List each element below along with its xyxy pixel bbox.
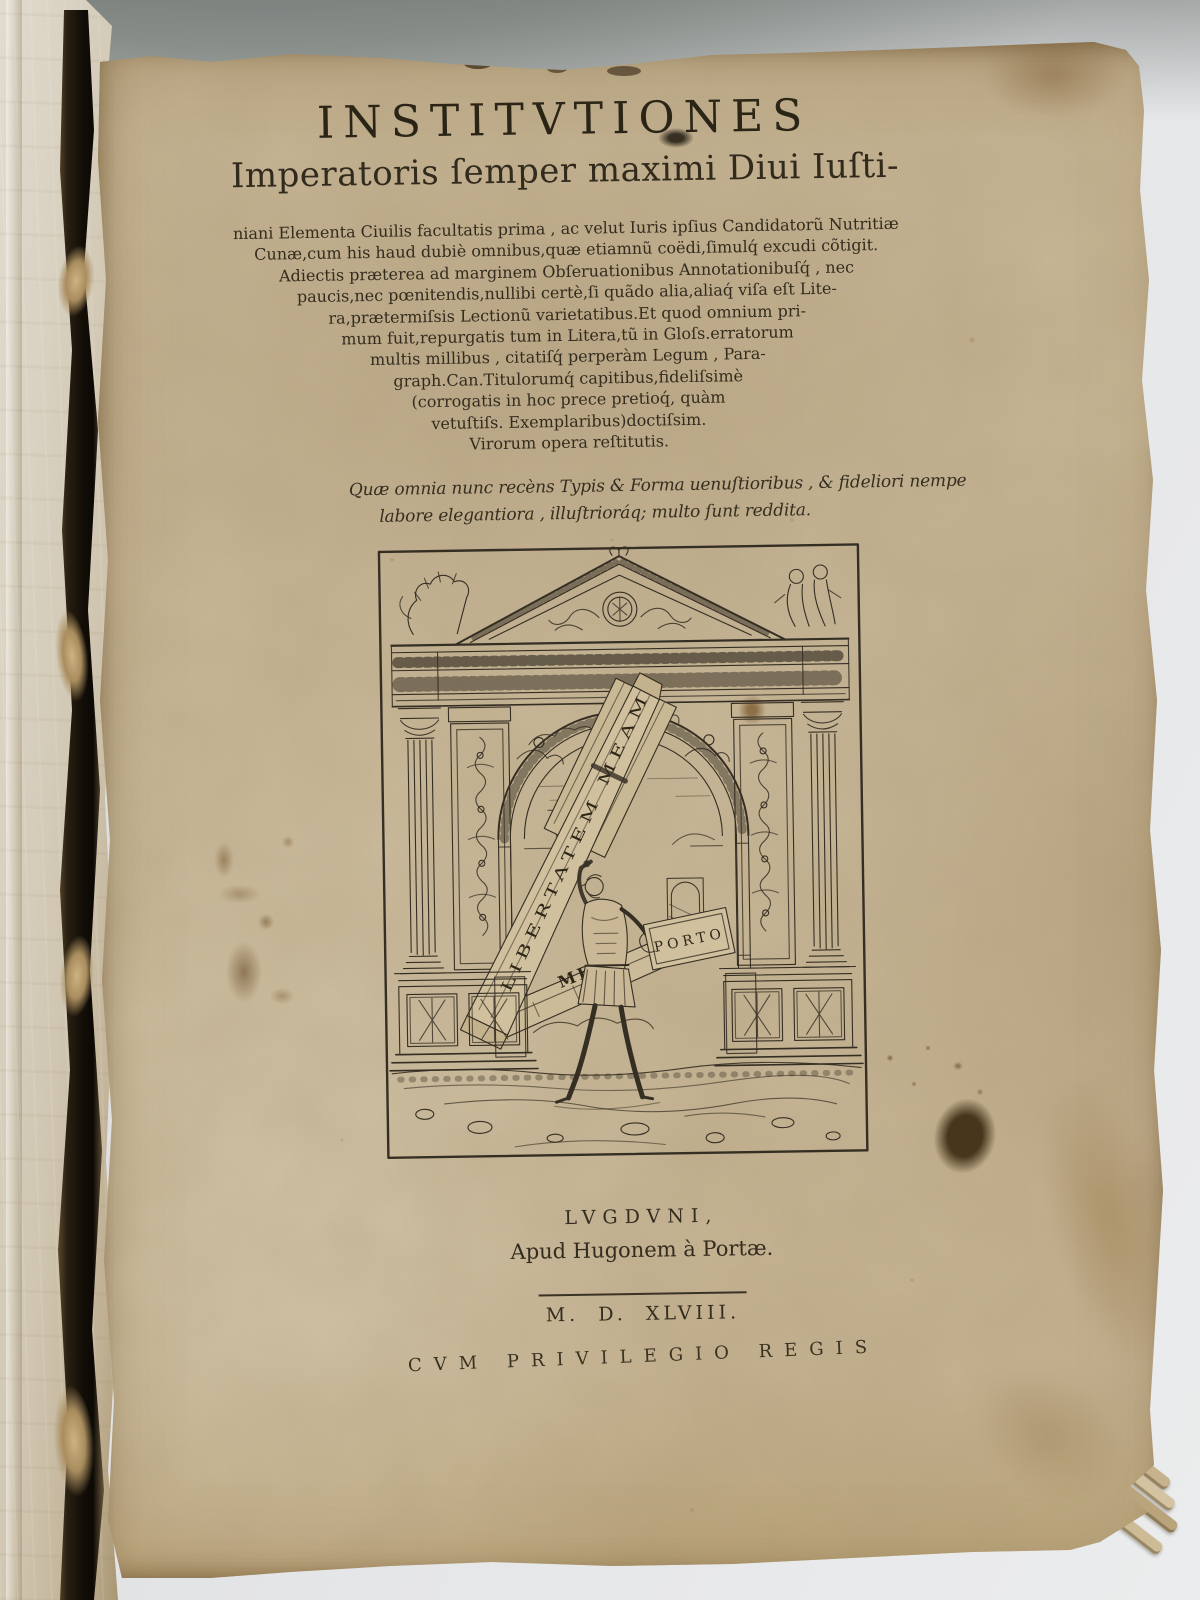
printed-content: INSTITVTIONES Imperatoris ſemper maximi …	[80, 32, 1182, 1589]
book-photograph: INSTITVTIONES Imperatoris ſemper maximi …	[0, 0, 1200, 1600]
pediment	[399, 544, 841, 646]
lion-acroterion	[407, 575, 469, 635]
ground	[392, 1061, 862, 1149]
imprint-place: LVGDVNI,	[156, 1198, 1126, 1235]
putti-acroterion	[774, 565, 841, 627]
printer-note-line: Quæ omnia nunc recèns Typis & Forma uenu…	[349, 471, 967, 501]
title-page-leaf: INSTITVTIONES Imperatoris ſemper maximi …	[92, 40, 1170, 1580]
printer-note-line: labore elegantiora , illuſtrioráq; multo…	[379, 500, 811, 527]
printers-device-woodcut: LIBERTATEM MEAM MECV	[376, 541, 871, 1161]
title-argument: niani Elementa Ciuilis facultatis prima …	[83, 210, 1053, 461]
privilege-line: CVM PRIVILEGIO REGIS	[159, 1326, 1129, 1386]
beam-motto-text: LIBERTATEM MEAM	[497, 688, 653, 994]
page-title: INSTITVTIONES	[81, 86, 1048, 152]
page-subtitle: Imperatoris ſemper maximi Diui Iuſti-	[82, 143, 1049, 198]
imprint-year: M. D. XLVIII.	[158, 1295, 1128, 1332]
imprint-rule	[539, 1291, 747, 1296]
imprint-publisher: Apud Hugonem à Portæ.	[157, 1230, 1127, 1269]
